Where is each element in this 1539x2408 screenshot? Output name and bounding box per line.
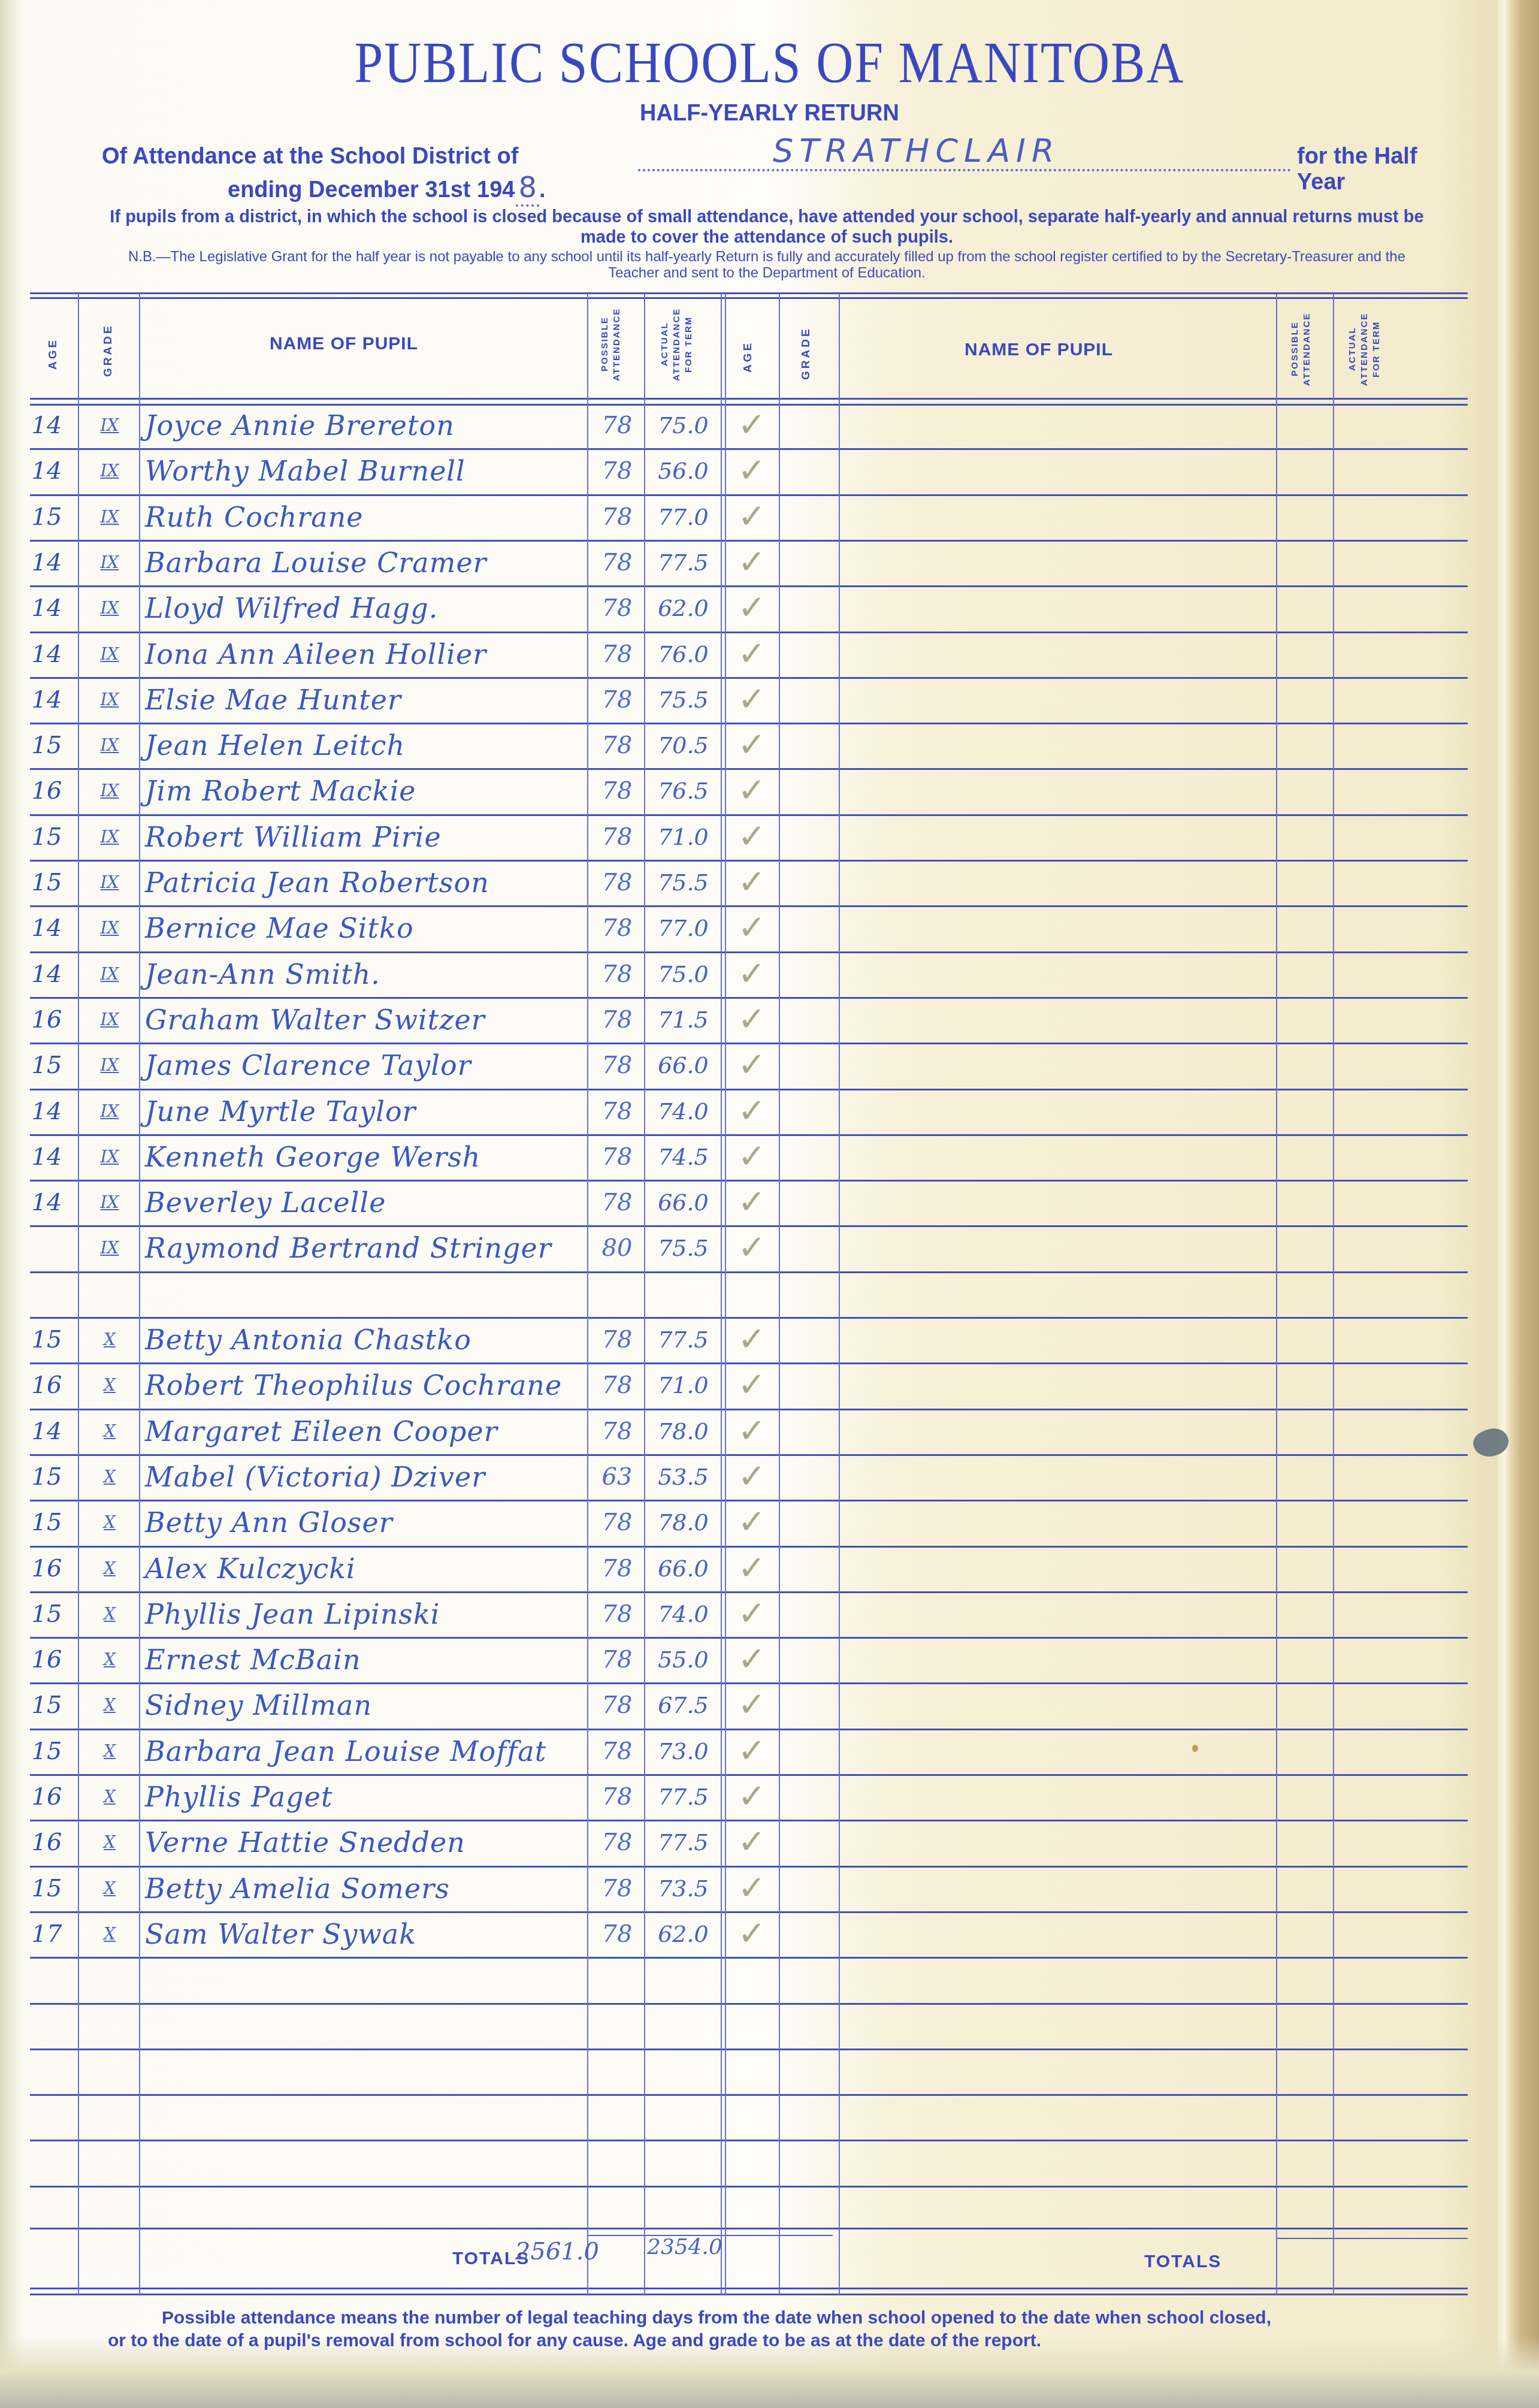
column-header-actual-right: ACTUAL ATTENDANCE FOR TERM — [1347, 300, 1392, 398]
pupil-grade: IX — [83, 1134, 137, 1180]
totals-actual: 2354.0 — [647, 2235, 722, 2259]
table-row: 15XBarbara Jean Louise Moffat7873.0✓ — [0, 1729, 1539, 1774]
pupil-grade: IX — [83, 1089, 137, 1134]
table-row: 15IXJames Clarence Taylor7866.0✓ — [0, 1043, 1539, 1088]
table-row: 14IXWorthy Mabel Burnell7856.0✓ — [0, 448, 1539, 494]
pupil-possible-attendance: 78 — [590, 494, 644, 540]
pupil-age: 14 — [23, 1180, 71, 1225]
pupil-possible-attendance: 78 — [590, 1637, 644, 1682]
pupil-actual-attendance: 75.5 — [646, 677, 721, 723]
pupil-name: June Myrtle Taylor — [145, 1089, 588, 1134]
pupil-age: 16 — [23, 1546, 71, 1591]
pupil-age — [23, 1225, 71, 1271]
table-row: 15XPhyllis Jean Lipinski7874.0✓ — [0, 1591, 1539, 1637]
pupil-age: 14 — [23, 540, 71, 585]
column-header-age-right: AGE — [742, 324, 755, 389]
pupil-possible-attendance: 78 — [590, 1134, 644, 1180]
pupil-age: 15 — [23, 814, 71, 860]
pupil-actual-attendance: 75.0 — [646, 951, 721, 997]
pupil-age: 15 — [23, 1591, 71, 1637]
pupil-grade: IX — [83, 632, 137, 677]
pupil-grade: IX — [83, 860, 137, 905]
pupil-grade: X — [83, 1866, 137, 1911]
pupil-grade: X — [83, 1774, 137, 1820]
pupil-grade: IX — [83, 1180, 137, 1225]
table-row: 14IXBernice Mae Sitko7877.0✓ — [0, 905, 1539, 951]
pupil-age: 14 — [23, 677, 71, 723]
table-row: 14IXElsie Mae Hunter7875.5✓ — [0, 677, 1539, 723]
pupil-name: Joyce Annie Brereton — [145, 403, 588, 448]
table-row: 14IXJoyce Annie Brereton7875.0✓ — [0, 403, 1539, 448]
pupil-name: Robert Theophilus Cochrane — [145, 1362, 588, 1408]
pupil-age: 15 — [23, 494, 71, 540]
check-mark-icon: ✓ — [725, 951, 779, 997]
check-mark-icon: ✓ — [725, 768, 779, 814]
check-mark-icon: ✓ — [725, 1134, 779, 1180]
pupil-possible-attendance: 78 — [590, 768, 644, 814]
check-mark-icon: ✓ — [725, 403, 779, 448]
pupil-actual-attendance: 77.0 — [646, 494, 721, 540]
pupil-actual-attendance: 71.0 — [646, 814, 721, 860]
table-row: 15IXJean Helen Leitch7870.5✓ — [0, 723, 1539, 768]
pupil-age: 16 — [23, 1820, 71, 1865]
pupil-actual-attendance: 74.5 — [646, 1134, 721, 1180]
pupil-name: Alex Kulczycki — [145, 1546, 588, 1591]
check-mark-icon: ✓ — [725, 1637, 779, 1682]
pupil-grade: X — [83, 1591, 137, 1637]
pupil-age: 16 — [23, 1774, 71, 1820]
pupil-name: Kenneth George Wersh — [145, 1134, 588, 1180]
pupil-age: 15 — [23, 1043, 71, 1088]
check-mark-icon: ✓ — [725, 1225, 779, 1271]
pupil-age: 15 — [23, 1500, 71, 1545]
pupil-name: Raymond Bertrand Stringer — [145, 1225, 588, 1271]
pupil-age: 14 — [23, 1409, 71, 1454]
pupil-name: James Clarence Taylor — [145, 1043, 588, 1088]
pupil-actual-attendance: 73.0 — [646, 1729, 721, 1774]
pupil-grade: IX — [83, 951, 137, 997]
pupil-grade: IX — [83, 997, 137, 1043]
pupil-age: 15 — [23, 723, 71, 768]
table-row: 14IXIona Ann Aileen Hollier7876.0✓ — [0, 632, 1539, 677]
pupil-possible-attendance: 78 — [590, 1866, 644, 1911]
row-rule — [30, 1271, 1468, 1273]
pupil-age: 15 — [23, 1729, 71, 1774]
pupil-possible-attendance: 78 — [590, 1729, 644, 1774]
table-row: 15XBetty Amelia Somers7873.5✓ — [0, 1866, 1539, 1911]
pupil-age: 14 — [23, 1134, 71, 1180]
pupil-name: Sam Walter Sywak — [145, 1911, 588, 1957]
pupil-name: Robert William Pirie — [145, 814, 588, 860]
check-mark-icon: ✓ — [725, 1180, 779, 1225]
pupil-possible-attendance: 78 — [590, 677, 644, 723]
pupil-grade: X — [83, 1637, 137, 1682]
table-row: 15XBetty Ann Gloser7878.0✓ — [0, 1500, 1539, 1545]
pupil-grade: X — [83, 1911, 137, 1957]
pupil-actual-attendance: 66.0 — [646, 1043, 721, 1088]
check-mark-icon: ✓ — [725, 1546, 779, 1591]
row-rule — [30, 2186, 1468, 2188]
pupil-possible-attendance: 78 — [590, 1591, 644, 1637]
pupil-age: 14 — [23, 448, 71, 494]
check-mark-icon: ✓ — [725, 1591, 779, 1637]
pupil-grade: X — [83, 1454, 137, 1500]
pupil-name: Mabel (Victoria) Dziver — [145, 1454, 588, 1500]
pupil-age: 15 — [23, 1866, 71, 1911]
pupil-name: Iona Ann Aileen Hollier — [145, 632, 588, 677]
pupil-possible-attendance: 78 — [590, 951, 644, 997]
pupil-age: 14 — [23, 905, 71, 951]
pupil-age: 15 — [23, 860, 71, 905]
pupil-actual-attendance: 71.0 — [646, 1362, 721, 1408]
pupil-actual-attendance: 56.0 — [646, 448, 721, 494]
header-rule-bottom — [30, 398, 1468, 400]
pupil-name: Phyllis Jean Lipinski — [145, 1591, 588, 1637]
pupil-actual-attendance: 62.0 — [646, 1911, 721, 1957]
pupil-possible-attendance: 78 — [590, 1409, 644, 1454]
pupil-grade: X — [83, 1546, 137, 1591]
pupil-possible-attendance: 78 — [590, 1500, 644, 1545]
pupil-age: 16 — [23, 1637, 71, 1682]
table-row: 15IXRuth Cochrane7877.0✓ — [0, 494, 1539, 540]
pupil-name: Patricia Jean Robertson — [145, 860, 588, 905]
pupil-grade: IX — [83, 723, 137, 768]
pupil-grade: IX — [83, 677, 137, 723]
pupil-possible-attendance: 78 — [590, 403, 644, 448]
pupil-grade: IX — [83, 1225, 137, 1271]
pupil-possible-attendance: 78 — [590, 997, 644, 1043]
pupil-actual-attendance: 70.5 — [646, 723, 721, 768]
pupil-actual-attendance: 66.0 — [646, 1180, 721, 1225]
pupil-grade: X — [83, 1682, 137, 1728]
check-mark-icon: ✓ — [725, 1089, 779, 1134]
pupil-age: 17 — [23, 1911, 71, 1957]
table-row: 16XAlex Kulczycki7866.0✓ — [0, 1546, 1539, 1591]
check-mark-icon: ✓ — [725, 585, 779, 631]
pupil-possible-attendance: 78 — [590, 448, 644, 494]
pupil-name: Elsie Mae Hunter — [145, 677, 588, 723]
pupil-possible-attendance: 78 — [590, 905, 644, 951]
check-mark-icon: ✓ — [725, 997, 779, 1043]
pupil-possible-attendance: 63 — [590, 1454, 644, 1500]
pupil-actual-attendance: 78.0 — [646, 1409, 721, 1454]
check-mark-icon: ✓ — [725, 1500, 779, 1545]
check-mark-icon: ✓ — [725, 723, 779, 768]
row-rule — [30, 2094, 1468, 2096]
pupil-possible-attendance: 78 — [590, 1317, 644, 1362]
pupil-actual-attendance: 74.0 — [646, 1089, 721, 1134]
table-row: 14IXBarbara Louise Cramer7877.5✓ — [0, 540, 1539, 585]
pupil-actual-attendance: 76.0 — [646, 632, 721, 677]
table-row: 16XErnest McBain7855.0✓ — [0, 1637, 1539, 1682]
pupil-actual-attendance: 71.5 — [646, 997, 721, 1043]
column-header-age: AGE — [47, 321, 60, 386]
check-mark-icon: ✓ — [725, 1911, 779, 1957]
pupil-actual-attendance: 74.0 — [646, 1591, 721, 1637]
check-mark-icon: ✓ — [725, 1682, 779, 1728]
pupil-age: 14 — [23, 632, 71, 677]
pupil-name: Margaret Eileen Cooper — [145, 1409, 588, 1454]
check-mark-icon: ✓ — [725, 1409, 779, 1454]
table-row: 15XBetty Antonia Chastko7877.5✓ — [0, 1317, 1539, 1362]
pupil-grade: X — [83, 1409, 137, 1454]
check-mark-icon: ✓ — [725, 1317, 779, 1362]
check-mark-icon: ✓ — [725, 814, 779, 860]
row-rule — [30, 2140, 1468, 2141]
pupil-actual-attendance: 75.5 — [646, 1225, 721, 1271]
table-row: 14IXJean-Ann Smith.7875.0✓ — [0, 951, 1539, 997]
column-header-possible: POSSIBLE ATTENDANCE — [599, 295, 629, 394]
table-row: 14IXLloyd Wilfred Hagg.7862.0✓ — [0, 585, 1539, 631]
pupil-actual-attendance: 77.0 — [646, 905, 721, 951]
pupil-name: Jim Robert Mackie — [145, 768, 588, 814]
pupil-actual-attendance: 78.0 — [646, 1500, 721, 1545]
row-rule — [30, 1957, 1468, 1959]
pupil-name: Barbara Jean Louise Moffat — [145, 1729, 588, 1774]
pupil-actual-attendance: 77.5 — [646, 1820, 721, 1865]
pupil-name: Graham Walter Switzer — [145, 997, 588, 1043]
pupil-name: Verne Hattie Snedden — [145, 1820, 588, 1865]
pupil-age: 16 — [23, 1362, 71, 1408]
footer-note: Possible attendance means the number of … — [108, 2307, 1450, 2352]
pupil-grade: IX — [83, 585, 137, 631]
pupil-name: Betty Amelia Somers — [145, 1866, 588, 1911]
pupil-actual-attendance: 62.0 — [646, 585, 721, 631]
pupil-name: Jean Helen Leitch — [145, 723, 588, 768]
pupil-grade: IX — [83, 814, 137, 860]
pupil-actual-attendance: 67.5 — [646, 1682, 721, 1728]
pupil-actual-attendance: 77.5 — [646, 1774, 721, 1820]
header-rule-top — [30, 292, 1468, 294]
pupil-age: 14 — [23, 585, 71, 631]
pupil-possible-attendance: 78 — [590, 1911, 644, 1957]
pupil-grade: X — [83, 1820, 137, 1865]
header-rule-top-2 — [30, 297, 1468, 299]
column-header-grade: GRADE — [102, 312, 115, 389]
table-row: 14IXJune Myrtle Taylor7874.0✓ — [0, 1089, 1539, 1134]
check-mark-icon: ✓ — [725, 1454, 779, 1500]
table-row: IXRaymond Bertrand Stringer8075.5✓ — [0, 1225, 1539, 1271]
column-header-name-right: NAME OF PUPIL — [964, 340, 1113, 360]
table-rule-bottom — [30, 2288, 1468, 2289]
pupil-name: Ernest McBain — [145, 1637, 588, 1682]
pupil-possible-attendance: 78 — [590, 1546, 644, 1591]
pupil-grade: X — [83, 1729, 137, 1774]
check-mark-icon: ✓ — [725, 494, 779, 540]
column-header-actual: ACTUAL ATTENDANCE FOR TERM — [659, 295, 704, 394]
check-mark-icon: ✓ — [725, 677, 779, 723]
pupil-possible-attendance: 78 — [590, 1089, 644, 1134]
pupil-actual-attendance: 53.5 — [646, 1454, 721, 1500]
pupil-name: Jean-Ann Smith. — [145, 951, 588, 997]
totals-rule-inner-right — [1276, 2238, 1468, 2239]
pupil-age: 14 — [23, 951, 71, 997]
pupil-actual-attendance: 73.5 — [646, 1866, 721, 1911]
pupil-grade: IX — [83, 494, 137, 540]
pupil-grade: IX — [83, 540, 137, 585]
pupil-grade: X — [83, 1317, 137, 1362]
totals-label-right: TOTALS — [1144, 2252, 1221, 2272]
table-row: 15XMabel (Victoria) Dziver6353.5✓ — [0, 1454, 1539, 1500]
table-row: 14XMargaret Eileen Cooper7878.0✓ — [0, 1409, 1539, 1454]
pupil-name: Worthy Mabel Burnell — [145, 448, 588, 494]
pupil-grade: IX — [83, 768, 137, 814]
pupil-name: Betty Ann Gloser — [145, 1500, 588, 1545]
pupil-possible-attendance: 78 — [590, 814, 644, 860]
pupil-possible-attendance: 78 — [590, 585, 644, 631]
column-header-name: NAME OF PUPIL — [270, 334, 418, 354]
table-row: 16XPhyllis Paget7877.5✓ — [0, 1774, 1539, 1820]
table-row: 16IXJim Robert Mackie7876.5✓ — [0, 768, 1539, 814]
pupil-possible-attendance: 78 — [590, 540, 644, 585]
pupil-grade: IX — [83, 403, 137, 448]
table-rule-bottom-2 — [30, 2294, 1468, 2295]
pupil-actual-attendance: 77.5 — [646, 1317, 721, 1362]
check-mark-icon: ✓ — [725, 1774, 779, 1820]
column-header-grade-right: GRADE — [800, 315, 813, 392]
check-mark-icon: ✓ — [725, 448, 779, 494]
pupil-grade: X — [83, 1500, 137, 1545]
table-row: 16IXGraham Walter Switzer7871.5✓ — [0, 997, 1539, 1043]
pupil-actual-attendance: 77.5 — [646, 540, 721, 585]
check-mark-icon: ✓ — [725, 1866, 779, 1911]
pupil-age: 15 — [23, 1682, 71, 1728]
row-rule — [30, 2003, 1468, 2005]
totals-possible: 2561.0 — [515, 2238, 599, 2265]
table-row: 15IXPatricia Jean Robertson7875.5✓ — [0, 860, 1539, 905]
pupil-possible-attendance: 78 — [590, 1362, 644, 1408]
pupil-possible-attendance: 78 — [590, 1180, 644, 1225]
check-mark-icon: ✓ — [725, 1043, 779, 1088]
column-header-possible-right: POSSIBLE ATTENDANCE — [1289, 300, 1319, 398]
check-mark-icon: ✓ — [725, 1729, 779, 1774]
pupil-name: Betty Antonia Chastko — [145, 1317, 588, 1362]
table-row: 16XRobert Theophilus Cochrane7871.0✓ — [0, 1362, 1539, 1408]
pupil-age: 14 — [23, 403, 71, 448]
pupil-name: Phyllis Paget — [145, 1774, 588, 1820]
pupil-grade: IX — [83, 448, 137, 494]
check-mark-icon: ✓ — [725, 860, 779, 905]
footer-line-2: or to the date of a pupil's removal from… — [108, 2331, 1041, 2350]
table-row: 15XSidney Millman7867.5✓ — [0, 1682, 1539, 1728]
pupil-actual-attendance: 75.5 — [646, 860, 721, 905]
pupil-possible-attendance: 78 — [590, 1820, 644, 1865]
pupil-actual-attendance: 75.0 — [646, 403, 721, 448]
pupil-possible-attendance: 78 — [590, 860, 644, 905]
pupil-age: 16 — [23, 997, 71, 1043]
pupil-possible-attendance: 78 — [590, 1043, 644, 1088]
pupil-actual-attendance: 55.0 — [646, 1637, 721, 1682]
pupil-name: Ruth Cochrane — [145, 494, 588, 540]
pupil-possible-attendance: 78 — [590, 723, 644, 768]
pupil-possible-attendance: 78 — [590, 1682, 644, 1728]
pupil-name: Barbara Louise Cramer — [145, 540, 588, 585]
pupil-actual-attendance: 66.0 — [646, 1546, 721, 1591]
table-row: 17XSam Walter Sywak7862.0✓ — [0, 1911, 1539, 1957]
pupil-age: 15 — [23, 1454, 71, 1500]
check-mark-icon: ✓ — [725, 1820, 779, 1865]
row-rule — [30, 2049, 1468, 2050]
pupil-possible-attendance: 78 — [590, 1774, 644, 1820]
footer-line-1: Possible attendance means the number of … — [108, 2307, 1450, 2330]
check-mark-icon: ✓ — [725, 540, 779, 585]
table-row: 14IXBeverley Lacelle7866.0✓ — [0, 1180, 1539, 1225]
check-mark-icon: ✓ — [725, 632, 779, 677]
table-row: 15IXRobert William Pirie7871.0✓ — [0, 814, 1539, 860]
pupil-name: Beverley Lacelle — [145, 1180, 588, 1225]
pupil-name: Bernice Mae Sitko — [145, 905, 588, 951]
pupil-grade: IX — [83, 1043, 137, 1088]
pupil-name: Sidney Millman — [145, 1682, 588, 1728]
table-row: 14IXKenneth George Wersh7874.5✓ — [0, 1134, 1539, 1180]
totals-rule-top — [30, 2228, 1468, 2229]
pupil-age: 14 — [23, 1089, 71, 1134]
pupil-grade: IX — [83, 905, 137, 951]
check-mark-icon: ✓ — [725, 1362, 779, 1408]
table-row: 16XVerne Hattie Snedden7877.5✓ — [0, 1820, 1539, 1865]
pupil-actual-attendance: 76.5 — [646, 768, 721, 814]
pupil-grade: X — [83, 1362, 137, 1408]
pupil-age: 15 — [23, 1317, 71, 1362]
pupil-name: Lloyd Wilfred Hagg. — [145, 585, 588, 631]
pupil-possible-attendance: 80 — [590, 1225, 644, 1271]
check-mark-icon: ✓ — [725, 905, 779, 951]
pupil-age: 16 — [23, 768, 71, 814]
pupil-possible-attendance: 78 — [590, 632, 644, 677]
